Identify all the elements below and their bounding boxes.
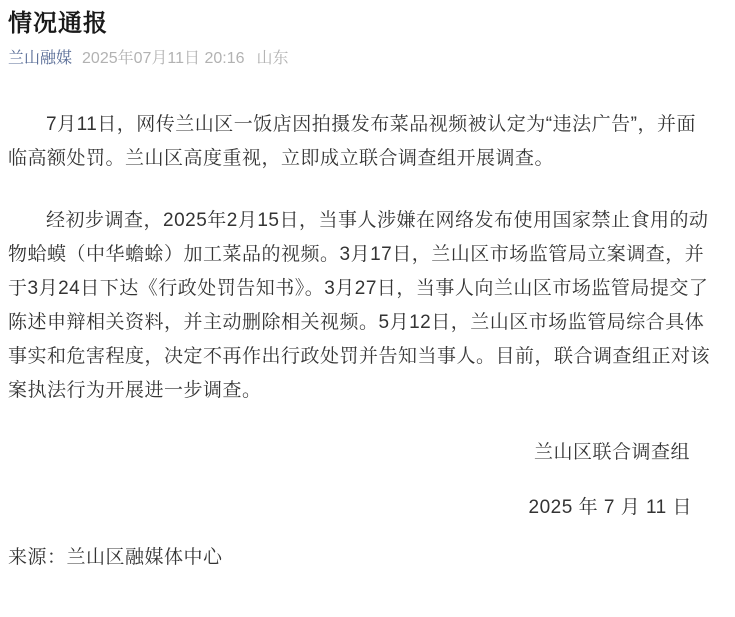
account-name-link[interactable]: 兰山融媒: [8, 50, 72, 68]
source-line: 来源：兰山区融媒体中心: [8, 541, 727, 575]
article-page: 情况通报 兰山融媒 2025年07月11日 20:16 山东 7月11日，网传兰…: [0, 0, 735, 575]
publish-location: 山东: [257, 50, 289, 68]
body-paragraph-1: 7月11日，网传兰山区一饭店因拍摄发布菜品视频被认定为“违法广告”，并面临高额处…: [8, 108, 727, 176]
article-meta: 兰山融媒 2025年07月11日 20:16 山东: [8, 50, 727, 68]
body-paragraph-2: 经初步调查，2025年2月15日，当事人涉嫌在网络发布使用国家禁止食用的动物蛤蟆…: [8, 204, 727, 408]
signature-date: 2025 年 7 月 11 日: [8, 491, 727, 525]
publish-datetime: 2025年07月11日 20:16: [82, 50, 245, 68]
signature-line: 兰山区联合调查组: [8, 436, 727, 470]
page-title: 情况通报: [8, 10, 727, 38]
article-body: 7月11日，网传兰山区一饭店因拍摄发布菜品视频被认定为“违法广告”，并面临高额处…: [8, 108, 727, 408]
